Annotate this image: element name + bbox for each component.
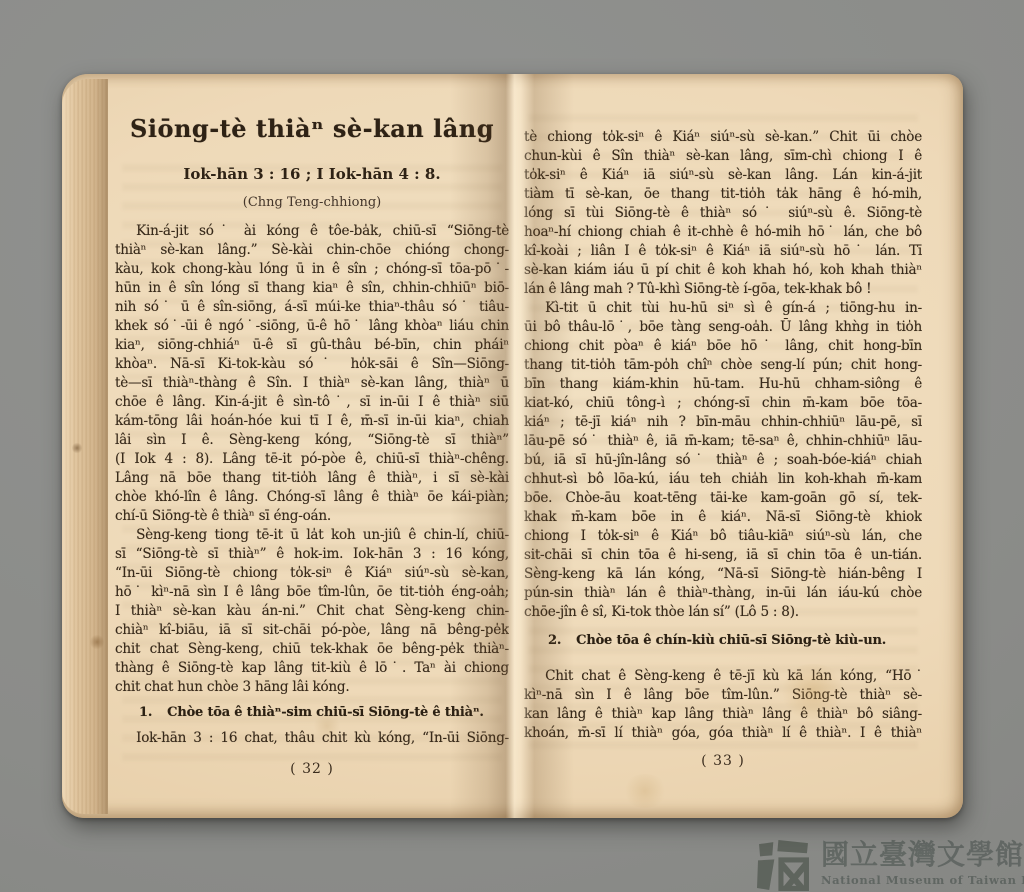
- text-line: to̍k-siⁿ ê Kiáⁿ iā siúⁿ-sù sè-kan lâng. …: [524, 166, 922, 185]
- text-line: sī “Siōng-tè sī thiàⁿ” ê hok-im. Iok-hān…: [115, 545, 509, 564]
- text-line: (I Iok 4 : 8). Lâng tē-it pó-pòe ê, chiū…: [115, 450, 509, 469]
- text-line: khoán, m̄-sī lí thiàⁿ góa, góa thiàⁿ lí …: [524, 724, 922, 743]
- author-attribution: (Chng Teng-chhiong): [115, 194, 509, 211]
- section-number: 1.: [139, 703, 152, 722]
- text-line: ūi bô thâu-lō˙, bōe tàng seng-oa̍h. Ū lâ…: [524, 318, 922, 337]
- page-number-left: ( 32 ): [115, 760, 509, 778]
- paragraph: Sèng-keng tiong tē-it ū la̍t koh un-jiû …: [115, 526, 509, 697]
- section-heading: 2.Chòe tōa ê chín-kiù chiū-sī Siōng-tè k…: [524, 631, 922, 650]
- paragraph: Kì-tit ū chit tùi hu-hū siⁿ sì ê gín-á ;…: [524, 299, 922, 622]
- text-line: hō˙ kìⁿ-nā sìn I ê lâng bōe tîm-lûn, ōe …: [115, 583, 509, 602]
- text-line: khòaⁿ. Nā-sī Ki-tok-kàu só˙ ho̍k-sāi ê S…: [115, 355, 509, 374]
- text-line: bōe. Chòe-āu koat-tēng tāi-ke kam-goān g…: [524, 489, 922, 508]
- left-page: Siōng-tè thiàⁿ sè-kan lâng Iok-hān 3 : 1…: [115, 112, 509, 778]
- text-line: chiàⁿ kî-biāu, iā sī sit-chāi pó-pòe, lâ…: [115, 621, 509, 640]
- text-line: lóng sī tùi Siōng-tè ê thiàⁿ só˙ siúⁿ-sù…: [524, 204, 922, 223]
- text-line: Iok-hān 3 : 16 chat, thâu chit kù kóng, …: [115, 729, 509, 748]
- right-page: tè chiong to̍k-siⁿ ê Kiáⁿ siúⁿ-sù sè-kan…: [524, 128, 922, 770]
- text-line: chōe-jîn ê sî, Ki-tok thòe lán sí” (Lô 5…: [524, 603, 922, 622]
- text-line: chit chat hun chòe 3 hāng lâi kóng.: [115, 678, 509, 697]
- text-line: chhut-sì bô lōa-kú, iáu teh chia̍h lin k…: [524, 470, 922, 489]
- section-title: Chòe tōa ê thiàⁿ-sim chiū-sī Siōng-tè ê …: [167, 703, 484, 722]
- paragraph: Chit chat ê Sèng-keng ê tē-jī kù kā lán …: [524, 667, 922, 743]
- text-line: tè chiong to̍k-siⁿ ê Kiáⁿ siúⁿ-sù sè-kan…: [524, 128, 922, 147]
- text-line: chiong chit pòaⁿ ê kiáⁿ bōe hō˙ lâng, ch…: [524, 337, 922, 356]
- watermark: 國立臺灣文學館 National Museum of Taiwan Litera…: [757, 838, 1024, 891]
- text-line: pún-sin thiàⁿ lán ê thiàⁿ-thàng, in-ūi l…: [524, 584, 922, 603]
- text-line: chōe ê lâng. Kin-á-jit ê sìn-tô˙, sī in-…: [115, 393, 509, 412]
- text-line: hoaⁿ-hí chiong chiah ê it-chhè ê hó-mi̍h…: [524, 223, 922, 242]
- text-line: chiong I to̍k-siⁿ ê Kiáⁿ bô tiâu-kiāⁿ si…: [524, 527, 922, 546]
- text-line: tè—sī thiàⁿ-thàng ê Sîn. I thiàⁿ sè-kan …: [115, 374, 509, 393]
- right-page-body: tè chiong to̍k-siⁿ ê Kiáⁿ siúⁿ-sù sè-kan…: [524, 128, 922, 743]
- scripture-reference: Iok-hān 3 : 16 ; I Iok-hān 4 : 8.: [115, 164, 509, 184]
- text-line: tiàm tī sè-kan, ōe thang tit-tio̍h ta̍k …: [524, 185, 922, 204]
- text-line: kan lâng ê thiàⁿ kap lâng thiàⁿ lâng ê t…: [524, 705, 922, 724]
- text-line: hūn in ê sîn lóng sī thang kiaⁿ ê sîn, c…: [115, 279, 509, 298]
- text-line: thiàⁿ sè-kan lâng.” Sè-kài chin-chōe chi…: [115, 241, 509, 260]
- text-line: thàng ê Siōng-tè kap lâng tit-kiù ê lō˙.…: [115, 659, 509, 678]
- text-line: khek só˙-ūi ê ngó˙-siōng, ū-ê hō˙ lâng k…: [115, 317, 509, 336]
- watermark-text: 國立臺灣文學館 National Museum of Taiwan Litera…: [821, 838, 1024, 887]
- text-line: lán ê lâng mah ? Tû-khì Siōng-tè í-gōa, …: [524, 280, 922, 299]
- text-line: bīn thang kiám-khin hū-tam. Hu-hū chham-…: [524, 375, 922, 394]
- text-line: kiaⁿ, siōng-chhiáⁿ ū-ê sī gû-thâu bé-bīn…: [115, 336, 509, 355]
- text-line: sit-chāi sī chin tōa ê hi-seng, iā sī ch…: [524, 546, 922, 565]
- text-line: “In-ūi Siōng-tè chiong to̍k-siⁿ ê Kiáⁿ s…: [115, 564, 509, 583]
- text-line: Chit chat ê Sèng-keng ê tē-jī kù kā lán …: [524, 667, 922, 686]
- text-line: Kì-tit ū chit tùi hu-hū siⁿ sì ê gín-á ;…: [524, 299, 922, 318]
- text-line: lāu-pē só˙ thiàⁿ ê, iā m̄-kam; tē-saⁿ ê,…: [524, 432, 922, 451]
- text-line: kiáⁿ ; tē-jī kiáⁿ nih ? bīn-māu chhin-ch…: [524, 413, 922, 432]
- scan-background: 國立臺灣文學館 National Museum of Taiwan Litera…: [0, 0, 1024, 892]
- text-line: bú, iā sī hū-jîn-lâng só˙ thiàⁿ ê ; soah…: [524, 451, 922, 470]
- text-line: thang tit-tio̍h tām-po̍h chîⁿ chòe seng-…: [524, 356, 922, 375]
- text-line: kìⁿ-nā sìn I ê lâng bōe tîm-lûn.” Siōng-…: [524, 686, 922, 705]
- nmtl-logo-icon: [757, 838, 810, 891]
- section-number: 2.: [548, 631, 561, 650]
- text-line: Kin-á-jit só˙ ài kóng ê tôe-ba̍k, chiū-s…: [115, 222, 509, 241]
- text-line: Sèng-keng tiong tē-it ū la̍t koh un-jiû …: [115, 526, 509, 545]
- text-line: Sèng-keng kā lán kóng, “Nā-sī Siōng-tè h…: [524, 565, 922, 584]
- text-line: chit chat Sèng-keng, chiū tek-khak ōe bê…: [115, 640, 509, 659]
- page-number-right: ( 33 ): [524, 752, 922, 770]
- text-line: Lâng nā bōe thang tit-tio̍h lâng ê thiàⁿ…: [115, 469, 509, 488]
- left-page-body: Kin-á-jit só˙ ài kóng ê tôe-ba̍k, chiū-s…: [115, 222, 509, 748]
- text-line: kám-tōng lâi hoán-hóe kui tī I ê, m̄-sī …: [115, 412, 509, 431]
- page-fore-edge: [62, 79, 108, 814]
- text-line: chí-ū Siōng-tè ê thiàⁿ sī éng-oán.: [115, 507, 509, 526]
- text-line: kàu, kok chong-kàu lóng ū in ê sîn ; chó…: [115, 260, 509, 279]
- open-book: Siōng-tè thiàⁿ sè-kan lâng Iok-hān 3 : 1…: [62, 74, 963, 818]
- text-line: khak m̄-kam bōe in ê kiáⁿ. Nā-sī Siōng-t…: [524, 508, 922, 527]
- paragraph: Iok-hān 3 : 16 chat, thâu chit kù kóng, …: [115, 729, 509, 748]
- section-title: Chòe tōa ê chín-kiù chiū-sī Siōng-tè kiù…: [576, 631, 886, 650]
- section-heading: 1.Chòe tōa ê thiàⁿ-sim chiū-sī Siōng-tè …: [115, 703, 509, 722]
- paragraph: tè chiong to̍k-siⁿ ê Kiáⁿ siúⁿ-sù sè-kan…: [524, 128, 922, 299]
- text-line: chòe khó-lîn ê lâng. Chóng-sī lâng ê thi…: [115, 488, 509, 507]
- text-line: nih só˙ ū ê sîn-siōng, á-sī múi-ke thiaⁿ…: [115, 298, 509, 317]
- paragraph: Kin-á-jit só˙ ài kóng ê tôe-ba̍k, chiū-s…: [115, 222, 509, 526]
- watermark-title-en: National Museum of Taiwan Literature: [821, 873, 1024, 887]
- watermark-title-zh: 國立臺灣文學館: [821, 838, 1024, 872]
- paper-stain: [622, 774, 668, 808]
- text-line: lâi sìn I ê. Sèng-keng kóng, “Siōng-tè s…: [115, 431, 509, 450]
- text-line: sè-kan kiám iáu ū pí chit ê koh khah hó,…: [524, 261, 922, 280]
- page-title: Siōng-tè thiàⁿ sè-kan lâng: [115, 112, 509, 146]
- text-line: I thiàⁿ sè-kan kàu án-ni.” Chit chat Sèn…: [115, 602, 509, 621]
- text-line: kî-koài ; liân I ê to̍k-siⁿ ê Kiáⁿ iā si…: [524, 242, 922, 261]
- text-line: kiat-kó, chiū tông-ì ; chóng-sī chin m̄-…: [524, 394, 922, 413]
- text-line: chun-kùi ê Sîn thiàⁿ sè-kan lâng, sīm-ch…: [524, 147, 922, 166]
